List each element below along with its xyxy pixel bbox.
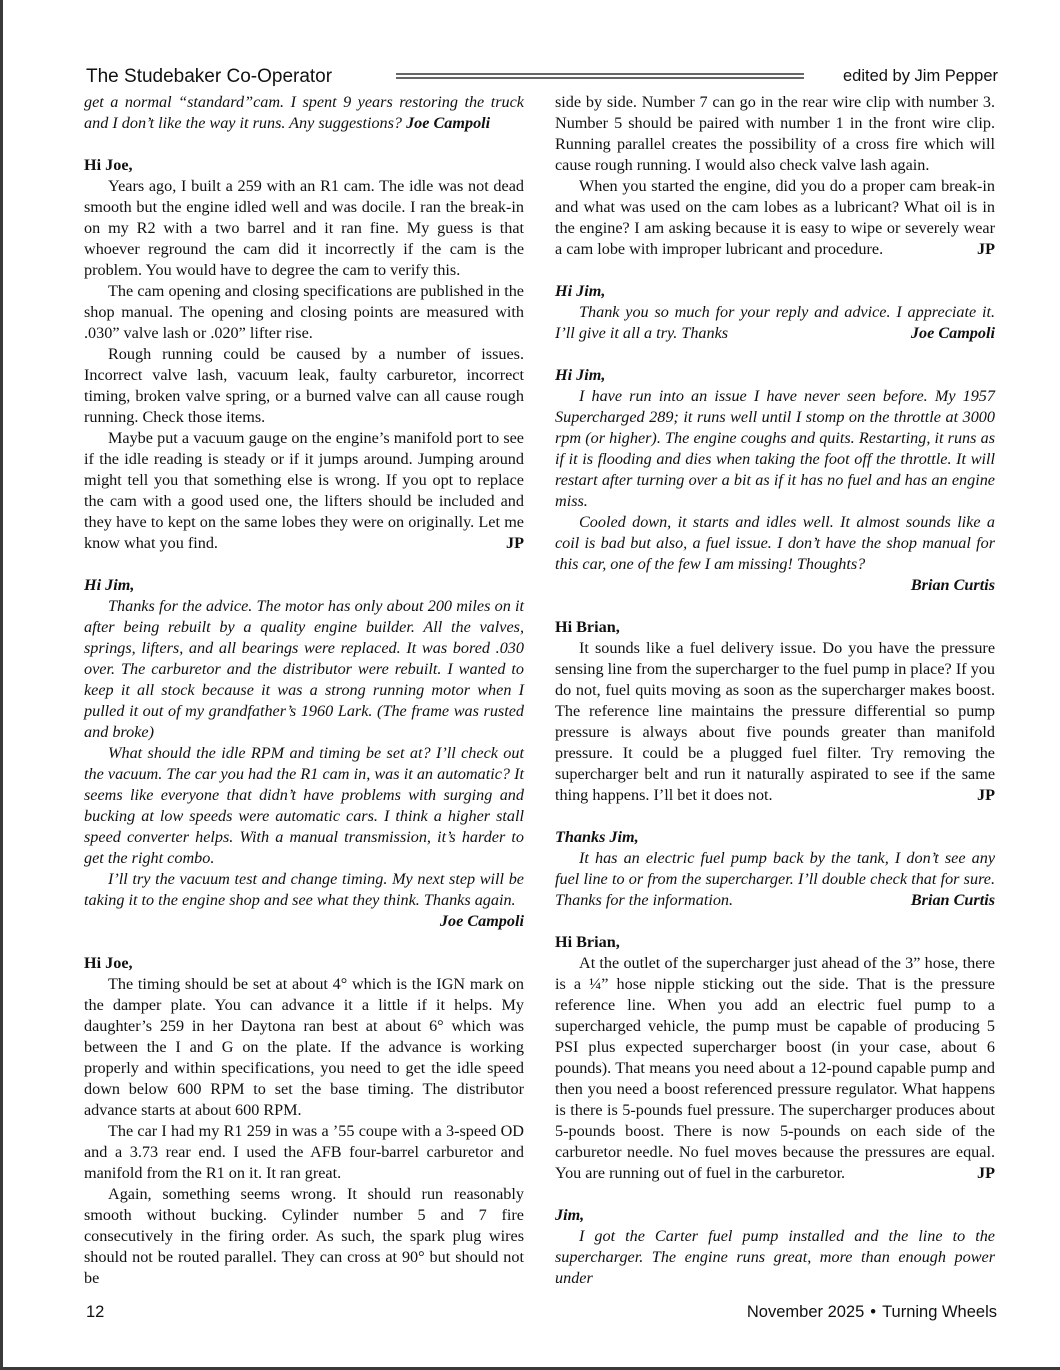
letter-paragraph: Thanks for the advice. The motor has onl…: [84, 596, 524, 743]
reply-block: Hi Brian, It sounds like a fuel delivery…: [555, 617, 995, 806]
right-column: side by side. Number 7 can go in the rea…: [555, 92, 995, 1289]
letter-block: get a normal “standard”cam. I spent 9 ye…: [84, 92, 524, 134]
letter-paragraph: Cooled down, it starts and idles well. I…: [555, 512, 995, 575]
footer-publication: November 2025•Turning Wheels: [747, 1303, 997, 1322]
letter-paragraph: I have run into an issue I have never se…: [555, 386, 995, 512]
reply-paragraph: The cam opening and closing specificatio…: [84, 281, 524, 344]
reply-paragraph: When you started the engine, did you do …: [555, 176, 995, 260]
salutation: Hi Brian,: [555, 932, 995, 953]
reply-block: Hi Joe, The timing should be set at abou…: [84, 953, 524, 1289]
reply-block: Hi Joe, Years ago, I built a 259 with an…: [84, 155, 524, 554]
letter-paragraph: I got the Carter fuel pump installed and…: [555, 1226, 995, 1289]
letter-paragraph: Thank you so much for your reply and adv…: [555, 302, 995, 344]
reply-block: side by side. Number 7 can go in the rea…: [555, 92, 995, 260]
letter-block: Jim, I got the Carter fuel pump installe…: [555, 1205, 995, 1289]
reply-paragraph: The timing should be set at about 4° whi…: [84, 974, 524, 1121]
letter-text: get a normal “standard”cam. I spent 9 ye…: [84, 92, 524, 134]
letter-signature: Brian Curtis: [887, 890, 995, 911]
left-column: get a normal “standard”cam. I spent 9 ye…: [84, 92, 524, 1289]
reply-signature: JP: [953, 1163, 995, 1184]
page-border-left: [0, 0, 3, 1370]
salutation: Hi Jim,: [555, 365, 995, 386]
reply-paragraph: Years ago, I built a 259 with an R1 cam.…: [84, 176, 524, 281]
reply-signature: JP: [953, 239, 995, 260]
salutation: Hi Jim,: [555, 281, 995, 302]
letter-signature: Brian Curtis: [555, 575, 995, 596]
letter-paragraph: What should the idle RPM and timing be s…: [84, 743, 524, 869]
letter-signature: Joe Campoli: [887, 323, 995, 344]
salutation: Hi Brian,: [555, 617, 995, 638]
reply-paragraph: side by side. Number 7 can go in the rea…: [555, 92, 995, 176]
salutation: Hi Joe,: [84, 953, 524, 974]
letter-block: Hi Jim, I have run into an issue I have …: [555, 365, 995, 596]
reply-paragraph: At the outlet of the supercharger just a…: [555, 953, 995, 1184]
reply-signature: JP: [953, 785, 995, 806]
letter-block: Thanks Jim, It has an electric fuel pump…: [555, 827, 995, 911]
letter-paragraph: It has an electric fuel pump back by the…: [555, 848, 995, 911]
letter-signature: Joe Campoli: [406, 114, 490, 132]
reply-block: Hi Brian, At the outlet of the superchar…: [555, 932, 995, 1184]
page-header: The Studebaker Co-Operator edited by Jim…: [86, 66, 998, 90]
column-title: The Studebaker Co-Operator: [86, 66, 332, 88]
bullet-separator: •: [870, 1303, 876, 1321]
salutation: Jim,: [555, 1205, 995, 1226]
header-double-rule: [396, 73, 804, 79]
page-number: 12: [86, 1303, 104, 1322]
issue-date: November 2025: [747, 1303, 864, 1321]
column-editor: edited by Jim Pepper: [843, 67, 998, 86]
salutation: Hi Jim,: [84, 575, 524, 596]
letter-signature: Joe Campoli: [416, 911, 524, 932]
letter-block: Hi Jim, Thank you so much for your reply…: [555, 281, 995, 344]
letter-block: Hi Jim, Thanks for the advice. The motor…: [84, 575, 524, 932]
reply-paragraph: Rough running could be caused by a numbe…: [84, 344, 524, 428]
salutation: Thanks Jim,: [555, 827, 995, 848]
reply-paragraph: Again, something seems wrong. It should …: [84, 1184, 524, 1289]
publication-name: Turning Wheels: [882, 1303, 997, 1321]
salutation: Hi Joe,: [84, 155, 524, 176]
reply-signature: JP: [482, 533, 524, 554]
reply-paragraph: The car I had my R1 259 in was a ’55 cou…: [84, 1121, 524, 1184]
reply-paragraph: Maybe put a vacuum gauge on the engine’s…: [84, 428, 524, 554]
letter-paragraph: I’ll try the vacuum test and change timi…: [84, 869, 524, 932]
reply-paragraph: It sounds like a fuel delivery issue. Do…: [555, 638, 995, 806]
